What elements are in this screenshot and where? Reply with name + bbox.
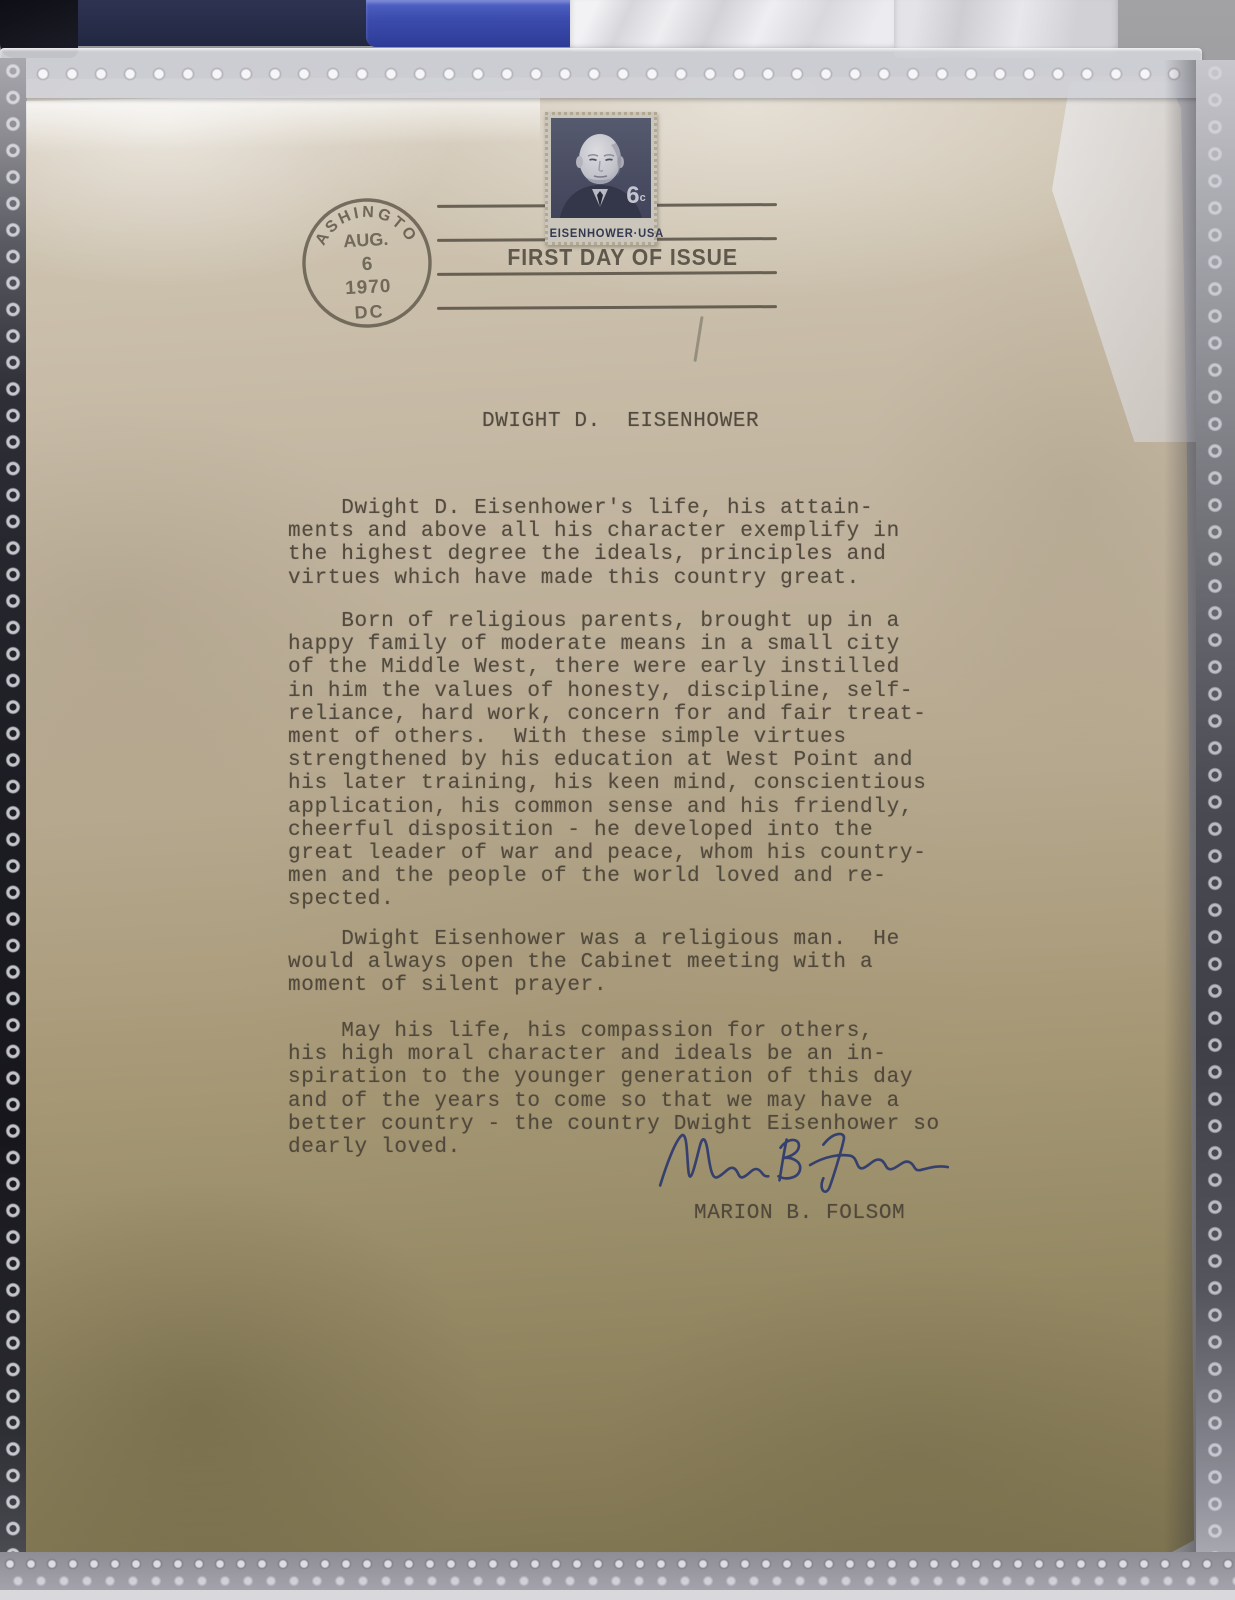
signature-strokes [660,1134,948,1192]
sleeve-bottom-white-edge [0,1590,1235,1600]
sleeve-top-perforated-edge [0,48,1202,98]
stamp-artwork: 6c [548,115,654,221]
eisenhower-6c-stamp: 6c EISENHOWER·USA [545,112,657,245]
svg-text:AUG.: AUG. [343,229,389,251]
letter-paragraph-3: Dwight Eisenhower was a religious man. H… [288,928,978,998]
letter-paragraph-2: Born of religious parents, brought up in… [288,610,978,912]
svg-text:1970: 1970 [345,276,392,299]
sleeve-left-perforated-edge [0,58,26,1600]
postmark-stamp-circle: WASHINGTON AUG. 6 1970 DC [288,184,446,342]
stamp-caption: EISENHOWER·USA [550,228,653,240]
white-paper-stack-left [570,0,898,52]
letter-paragraph-1: Dwight D. Eisenhower's life, his attain-… [288,497,978,590]
sleeve-right-perforated-edge [1196,60,1235,1600]
letter-title: DWIGHT D. EISENHOWER [482,410,759,433]
svg-text:DC: DC [354,301,385,323]
blue-ribbon-edge [366,0,580,47]
sleeve-bottom-perforated-edge [0,1552,1235,1592]
handwritten-signature-marion-b-folsom [652,1122,958,1204]
first-day-of-issue-text: FIRST DAY OF ISSUE [507,244,722,271]
page-right-shadow [1164,60,1196,1558]
svg-text:6: 6 [361,254,373,276]
typed-signature-name: MARION B. FOLSOM [694,1202,905,1225]
postmark-date: AUG. 6 1970 DC [342,229,393,323]
photo-first-day-cover-letter: FIRST DAY OF ISSUE WASHINGTON AUG. 6 197… [0,0,1235,1600]
